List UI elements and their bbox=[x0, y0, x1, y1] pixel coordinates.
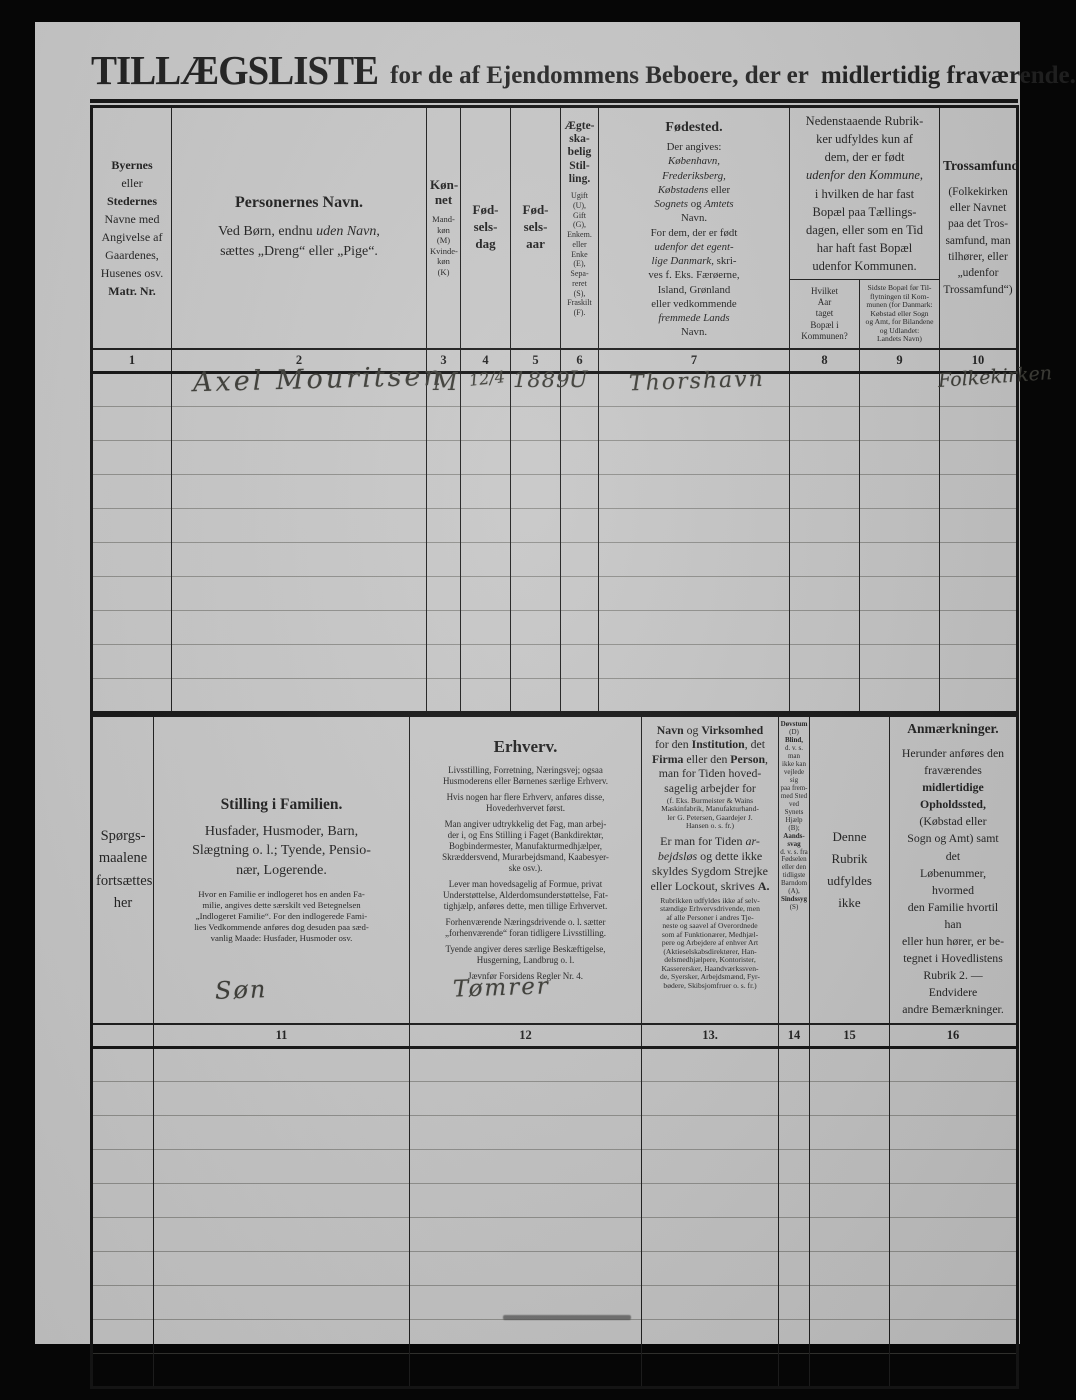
col-number: 9 bbox=[860, 349, 940, 373]
empty-cell bbox=[92, 1048, 154, 1082]
header-family-position-note: Hvor en Familie er indlogeret hos en and… bbox=[157, 889, 406, 944]
empty-cell bbox=[92, 645, 172, 679]
empty-cell bbox=[511, 475, 561, 509]
empty-cell bbox=[779, 1354, 810, 1388]
empty-cell bbox=[790, 441, 860, 475]
lower-table-rows bbox=[92, 1048, 1018, 1388]
empty-cell bbox=[461, 645, 511, 679]
empty-cell bbox=[890, 1048, 1018, 1082]
empty-cell bbox=[172, 645, 427, 679]
header-employer-unemployed-note: Er man for Tiden ar- bejdsløs og dette i… bbox=[645, 834, 775, 894]
empty-cell bbox=[810, 1320, 890, 1354]
empty-cell bbox=[92, 1116, 154, 1150]
header-residence-year: Hvilket Aar taget Bopæl i Kommunen? bbox=[790, 280, 860, 349]
column-number-row: 11 12 13. 14 15 16 bbox=[92, 1024, 1018, 1048]
header-disabilities: Døvstum (D) Blind, d. v. s. man ikke kan… bbox=[779, 715, 810, 1024]
upper-table-rows bbox=[92, 373, 1018, 713]
handwritten-family-position: Søn bbox=[215, 975, 268, 1005]
empty-cell bbox=[890, 1184, 1018, 1218]
empty-cell bbox=[410, 1354, 642, 1388]
empty-cell bbox=[810, 1150, 890, 1184]
handwritten-birth-year: 1889 bbox=[513, 368, 570, 392]
empty-cell bbox=[790, 679, 860, 713]
empty-cell bbox=[427, 645, 461, 679]
empty-cell bbox=[940, 543, 1018, 577]
header-family-position: Stilling i Familien. Husfader, Husmoder,… bbox=[154, 715, 410, 1024]
empty-cell bbox=[779, 1286, 810, 1320]
empty-data-row bbox=[92, 407, 1018, 441]
empty-cell bbox=[790, 611, 860, 645]
header-occupation-para: Livsstilling, Forretning, Næringsvej; og… bbox=[417, 765, 634, 787]
printer-imprint-smudge bbox=[503, 1315, 631, 1320]
empty-cell bbox=[810, 1116, 890, 1150]
empty-cell bbox=[410, 1184, 642, 1218]
empty-data-row bbox=[92, 1320, 1018, 1354]
empty-data-row bbox=[92, 1218, 1018, 1252]
empty-cell bbox=[810, 1354, 890, 1388]
empty-cell bbox=[92, 1286, 154, 1320]
header-religion: Trossamfund (Folkekirken eller Navnet pa… bbox=[940, 107, 1018, 349]
header-birthyear-title: Fød- sels- aar bbox=[511, 198, 560, 257]
empty-cell bbox=[642, 1116, 779, 1150]
empty-cell bbox=[154, 1150, 410, 1184]
empty-cell bbox=[410, 1320, 642, 1354]
empty-cell bbox=[940, 509, 1018, 543]
header-continuation: Spørgs- maalene fortsættes her bbox=[92, 715, 154, 1024]
empty-cell bbox=[410, 1218, 642, 1252]
empty-cell bbox=[790, 543, 860, 577]
header-sex: Køn- net Mand- køn (M) Kvinde- køn (K) bbox=[427, 107, 461, 349]
header-sex-title: Køn- net bbox=[430, 178, 457, 208]
empty-cell bbox=[92, 1320, 154, 1354]
empty-cell bbox=[511, 441, 561, 475]
empty-cell bbox=[599, 679, 790, 713]
header-continuation-text: Spørgs- maalene fortsættes her bbox=[93, 821, 153, 919]
header-disabilities-text: Døvstum (D) Blind, d. v. s. man ikke kan… bbox=[779, 717, 809, 912]
empty-cell bbox=[154, 1184, 410, 1218]
col-number: 14 bbox=[779, 1024, 810, 1048]
empty-data-row bbox=[92, 1150, 1018, 1184]
empty-data-row bbox=[92, 611, 1018, 645]
upper-table: Byernes eller Stedernes Navne med Angive… bbox=[90, 105, 1019, 714]
empty-cell bbox=[427, 577, 461, 611]
empty-cell bbox=[561, 509, 599, 543]
empty-cell bbox=[154, 1218, 410, 1252]
header-name: Personernes Navn. Ved Børn, endnu uden N… bbox=[172, 107, 427, 349]
empty-cell bbox=[890, 1320, 1018, 1354]
empty-cell bbox=[92, 543, 172, 577]
empty-cell bbox=[461, 679, 511, 713]
empty-cell bbox=[860, 373, 940, 407]
empty-cell bbox=[92, 1150, 154, 1184]
handwritten-sex: M bbox=[433, 368, 458, 396]
empty-cell bbox=[860, 679, 940, 713]
header-marital-codes: Ugift (U), Gift (G), Enkem. eller Enke (… bbox=[564, 191, 595, 318]
header-last-residence: Sidste Bopæl før Til- flytningen til Kom… bbox=[860, 280, 940, 349]
empty-cell bbox=[642, 1286, 779, 1320]
empty-cell bbox=[940, 577, 1018, 611]
empty-cell bbox=[890, 1116, 1018, 1150]
empty-cell bbox=[172, 475, 427, 509]
header-unused-column: Denne Rubrik udfyldes ikke bbox=[810, 715, 890, 1024]
empty-cell bbox=[779, 1218, 810, 1252]
empty-cell bbox=[890, 1252, 1018, 1286]
empty-cell bbox=[599, 407, 790, 441]
form-title: TILLÆGSLISTE for de af Ejendommens Beboe… bbox=[91, 48, 1019, 93]
form-title-tail: midlertidig fraværende. bbox=[821, 62, 1076, 90]
empty-cell bbox=[599, 611, 790, 645]
empty-cell bbox=[410, 1082, 642, 1116]
empty-cell bbox=[172, 441, 427, 475]
header-family-position-title: Stilling i Familien. bbox=[157, 796, 406, 814]
empty-cell bbox=[860, 645, 940, 679]
header-birthday: Fød- sels- dag bbox=[461, 107, 511, 349]
empty-cell bbox=[790, 373, 860, 407]
empty-cell bbox=[561, 645, 599, 679]
empty-cell bbox=[410, 1048, 642, 1082]
empty-cell bbox=[172, 577, 427, 611]
empty-cell bbox=[779, 1150, 810, 1184]
empty-cell bbox=[172, 611, 427, 645]
empty-cell bbox=[427, 679, 461, 713]
empty-cell bbox=[790, 407, 860, 441]
empty-cell bbox=[940, 645, 1018, 679]
handwritten-birth-day: 12/4 bbox=[468, 367, 506, 390]
empty-data-row bbox=[92, 1252, 1018, 1286]
form-title-lead: TILLÆGSLISTE bbox=[91, 47, 378, 95]
empty-cell bbox=[427, 475, 461, 509]
empty-cell bbox=[410, 1150, 642, 1184]
empty-cell bbox=[940, 407, 1018, 441]
empty-cell bbox=[561, 543, 599, 577]
header-religion-body: (Folkekirken eller Navnet paa det Tros- … bbox=[943, 184, 1013, 298]
col-number: 8 bbox=[790, 349, 860, 373]
empty-cell bbox=[642, 1354, 779, 1388]
empty-cell bbox=[154, 1082, 410, 1116]
header-employer-scope-note: Rubrikken udfyldes ikke af selv- stændig… bbox=[645, 897, 775, 991]
empty-cell bbox=[154, 1286, 410, 1320]
empty-cell bbox=[642, 1252, 779, 1286]
empty-cell bbox=[790, 577, 860, 611]
header-residence-merged: Nedenstaaende Rubrik- ker udfyldes kun a… bbox=[790, 107, 940, 280]
empty-data-row bbox=[92, 679, 1018, 713]
empty-cell bbox=[860, 509, 940, 543]
empty-cell bbox=[461, 475, 511, 509]
empty-cell bbox=[561, 475, 599, 509]
col-number: 16 bbox=[890, 1024, 1018, 1048]
empty-data-row bbox=[92, 577, 1018, 611]
handwritten-occupation: Tømrer bbox=[453, 973, 551, 1002]
empty-cell bbox=[779, 1184, 810, 1218]
empty-cell bbox=[860, 475, 940, 509]
header-residence-year-text: Hvilket Aar taget Bopæl i Kommunen? bbox=[790, 282, 859, 346]
header-remarks-body: Herunder anføres den fraværendes midlert… bbox=[893, 745, 1013, 1019]
empty-cell bbox=[92, 441, 172, 475]
col-number: 11 bbox=[154, 1024, 410, 1048]
empty-cell bbox=[779, 1116, 810, 1150]
empty-data-row bbox=[92, 645, 1018, 679]
empty-cell bbox=[410, 1252, 642, 1286]
header-last-residence-text: Sidste Bopæl før Til- flytningen til Kom… bbox=[860, 280, 939, 348]
empty-cell bbox=[410, 1116, 642, 1150]
empty-cell bbox=[92, 407, 172, 441]
empty-data-row bbox=[92, 1354, 1018, 1388]
header-birthplace-body: Der angives: København, Frederiksberg, K… bbox=[602, 140, 786, 340]
empty-cell bbox=[790, 645, 860, 679]
empty-cell bbox=[92, 1082, 154, 1116]
header-residence-note: Nedenstaaende Rubrik- ker udfyldes kun a… bbox=[790, 108, 939, 279]
empty-cell bbox=[810, 1048, 890, 1082]
empty-cell bbox=[790, 475, 860, 509]
empty-cell bbox=[599, 475, 790, 509]
empty-cell bbox=[790, 509, 860, 543]
empty-cell bbox=[92, 1354, 154, 1388]
empty-cell bbox=[890, 1218, 1018, 1252]
header-occupation-para: Tyende angiver deres særlige Beskæftigel… bbox=[417, 944, 634, 966]
empty-cell bbox=[860, 543, 940, 577]
empty-cell bbox=[561, 407, 599, 441]
empty-cell bbox=[461, 543, 511, 577]
header-occupation-para: Lever man hovedsagelig af Formue, privat… bbox=[417, 879, 634, 912]
empty-cell bbox=[154, 1252, 410, 1286]
empty-cell bbox=[810, 1082, 890, 1116]
empty-cell bbox=[779, 1252, 810, 1286]
header-employer-examples: (f. Eks. Burmeister & Wains Maskinfabrik… bbox=[645, 797, 775, 831]
scanned-census-sheet: { "colors": { "paper": "#c6c6c6", "ink":… bbox=[0, 0, 1076, 1400]
empty-cell bbox=[890, 1286, 1018, 1320]
empty-cell bbox=[461, 407, 511, 441]
empty-cell bbox=[561, 679, 599, 713]
empty-cell bbox=[511, 577, 561, 611]
col-number: 15 bbox=[810, 1024, 890, 1048]
empty-data-row bbox=[92, 1048, 1018, 1082]
header-employer: Navn og Virksomhed for den Institution, … bbox=[642, 715, 779, 1024]
empty-cell bbox=[92, 611, 172, 645]
empty-cell bbox=[599, 577, 790, 611]
empty-cell bbox=[642, 1218, 779, 1252]
header-occupation-para: Man angiver udtrykkelig det Fag, man arb… bbox=[417, 819, 634, 874]
empty-cell bbox=[779, 1048, 810, 1082]
title-rule bbox=[90, 99, 1018, 103]
header-occupation-para: Hvis nogen har flere Erhverv, anføres di… bbox=[417, 792, 634, 814]
empty-cell bbox=[860, 441, 940, 475]
empty-data-row bbox=[92, 475, 1018, 509]
empty-cell bbox=[890, 1354, 1018, 1388]
empty-cell bbox=[940, 679, 1018, 713]
empty-data-row bbox=[92, 543, 1018, 577]
empty-cell bbox=[461, 611, 511, 645]
header-family-position-body: Husfader, Husmoder, Barn, Slægtning o. l… bbox=[157, 822, 406, 881]
empty-cell bbox=[810, 1286, 890, 1320]
empty-cell bbox=[642, 1082, 779, 1116]
empty-data-row bbox=[92, 441, 1018, 475]
empty-cell bbox=[511, 509, 561, 543]
empty-data-row bbox=[92, 509, 1018, 543]
empty-cell bbox=[599, 441, 790, 475]
empty-cell bbox=[154, 1048, 410, 1082]
empty-cell bbox=[172, 543, 427, 577]
empty-cell bbox=[172, 509, 427, 543]
empty-cell bbox=[154, 1320, 410, 1354]
empty-cell bbox=[860, 611, 940, 645]
empty-cell bbox=[461, 441, 511, 475]
header-place: Byernes eller Stedernes Navne med Angive… bbox=[92, 107, 172, 349]
empty-cell bbox=[511, 611, 561, 645]
empty-cell bbox=[427, 611, 461, 645]
empty-cell bbox=[427, 509, 461, 543]
empty-cell bbox=[461, 509, 511, 543]
empty-cell bbox=[511, 543, 561, 577]
empty-cell bbox=[92, 475, 172, 509]
empty-cell bbox=[940, 611, 1018, 645]
empty-cell bbox=[642, 1184, 779, 1218]
header-birthday-title: Fød- sels- dag bbox=[461, 198, 510, 257]
header-name-title: Personernes Navn. bbox=[175, 194, 423, 212]
header-marital: Ægte- ska- belig Stil- ling. Ugift (U), … bbox=[561, 107, 599, 349]
form-title-mid: for de af Ejendommens Beboere, der er bbox=[390, 62, 809, 90]
header-remarks: Anmærkninger. Herunder anføres den fravæ… bbox=[890, 715, 1018, 1024]
empty-cell bbox=[779, 1320, 810, 1354]
empty-cell bbox=[860, 407, 940, 441]
empty-cell bbox=[461, 577, 511, 611]
empty-cell bbox=[511, 645, 561, 679]
header-religion-title: Trossamfund bbox=[943, 158, 1013, 174]
empty-cell bbox=[511, 679, 561, 713]
empty-cell bbox=[642, 1320, 779, 1354]
header-birthplace-title: Fødested. bbox=[602, 120, 786, 136]
empty-cell bbox=[810, 1184, 890, 1218]
empty-cell bbox=[561, 577, 599, 611]
header-occupation-title: Erhverv. bbox=[413, 737, 638, 757]
header-occupation-para: Forhenværende Næringsdrivende o. l. sætt… bbox=[417, 917, 634, 939]
empty-cell bbox=[92, 1218, 154, 1252]
header-remarks-title: Anmærkninger. bbox=[893, 721, 1013, 737]
empty-cell bbox=[890, 1082, 1018, 1116]
empty-cell bbox=[561, 611, 599, 645]
empty-cell bbox=[154, 1116, 410, 1150]
empty-cell bbox=[860, 577, 940, 611]
empty-data-row bbox=[92, 1116, 1018, 1150]
empty-cell bbox=[92, 1184, 154, 1218]
empty-cell bbox=[172, 407, 427, 441]
header-birthyear: Fød- sels- aar bbox=[511, 107, 561, 349]
empty-cell bbox=[154, 1354, 410, 1388]
header-birthplace: Fødested. Der angives: København, Freder… bbox=[599, 107, 790, 349]
empty-cell bbox=[427, 407, 461, 441]
empty-cell bbox=[92, 373, 172, 407]
empty-cell bbox=[940, 441, 1018, 475]
empty-cell bbox=[92, 679, 172, 713]
empty-cell bbox=[561, 441, 599, 475]
form-page: TILLÆGSLISTE for de af Ejendommens Beboe… bbox=[35, 22, 1020, 1344]
empty-cell bbox=[172, 679, 427, 713]
empty-cell bbox=[890, 1150, 1018, 1184]
empty-data-row bbox=[92, 1184, 1018, 1218]
empty-cell bbox=[427, 543, 461, 577]
col-number: 12 bbox=[410, 1024, 642, 1048]
header-employer-lead: Navn og Virksomhed for den Institution, … bbox=[645, 723, 775, 795]
empty-cell bbox=[599, 543, 790, 577]
empty-cell bbox=[599, 509, 790, 543]
col-number: 13. bbox=[642, 1024, 779, 1048]
empty-cell bbox=[810, 1218, 890, 1252]
empty-cell bbox=[940, 475, 1018, 509]
empty-cell bbox=[642, 1048, 779, 1082]
header-name-body: Ved Børn, endnu uden Navn, sættes „Dreng… bbox=[175, 222, 423, 263]
empty-cell bbox=[427, 441, 461, 475]
empty-cell bbox=[511, 407, 561, 441]
empty-cell bbox=[599, 645, 790, 679]
empty-cell bbox=[92, 509, 172, 543]
col-number: 1 bbox=[92, 349, 172, 373]
empty-data-row bbox=[92, 1082, 1018, 1116]
handwritten-person-name: Axel Mouritsen bbox=[193, 361, 445, 399]
header-sex-codes: Mand- køn (M) Kvinde- køn (K) bbox=[430, 214, 457, 278]
lower-table: Spørgs- maalene fortsættes her Stilling … bbox=[90, 712, 1019, 1389]
header-unused-note: Denne Rubrik udfyldes ikke bbox=[810, 822, 889, 918]
empty-cell bbox=[642, 1150, 779, 1184]
empty-cell bbox=[779, 1082, 810, 1116]
handwritten-marital-status: U bbox=[569, 368, 588, 393]
header-marital-title: Ægte- ska- belig Stil- ling. bbox=[564, 120, 595, 186]
empty-cell bbox=[810, 1252, 890, 1286]
col-number-empty bbox=[92, 1024, 154, 1048]
empty-cell bbox=[92, 1252, 154, 1286]
header-place-text: Byernes eller Stedernes Navne med Angive… bbox=[93, 152, 171, 304]
empty-cell bbox=[92, 577, 172, 611]
handwritten-birthplace: Thorshavn bbox=[629, 367, 766, 397]
